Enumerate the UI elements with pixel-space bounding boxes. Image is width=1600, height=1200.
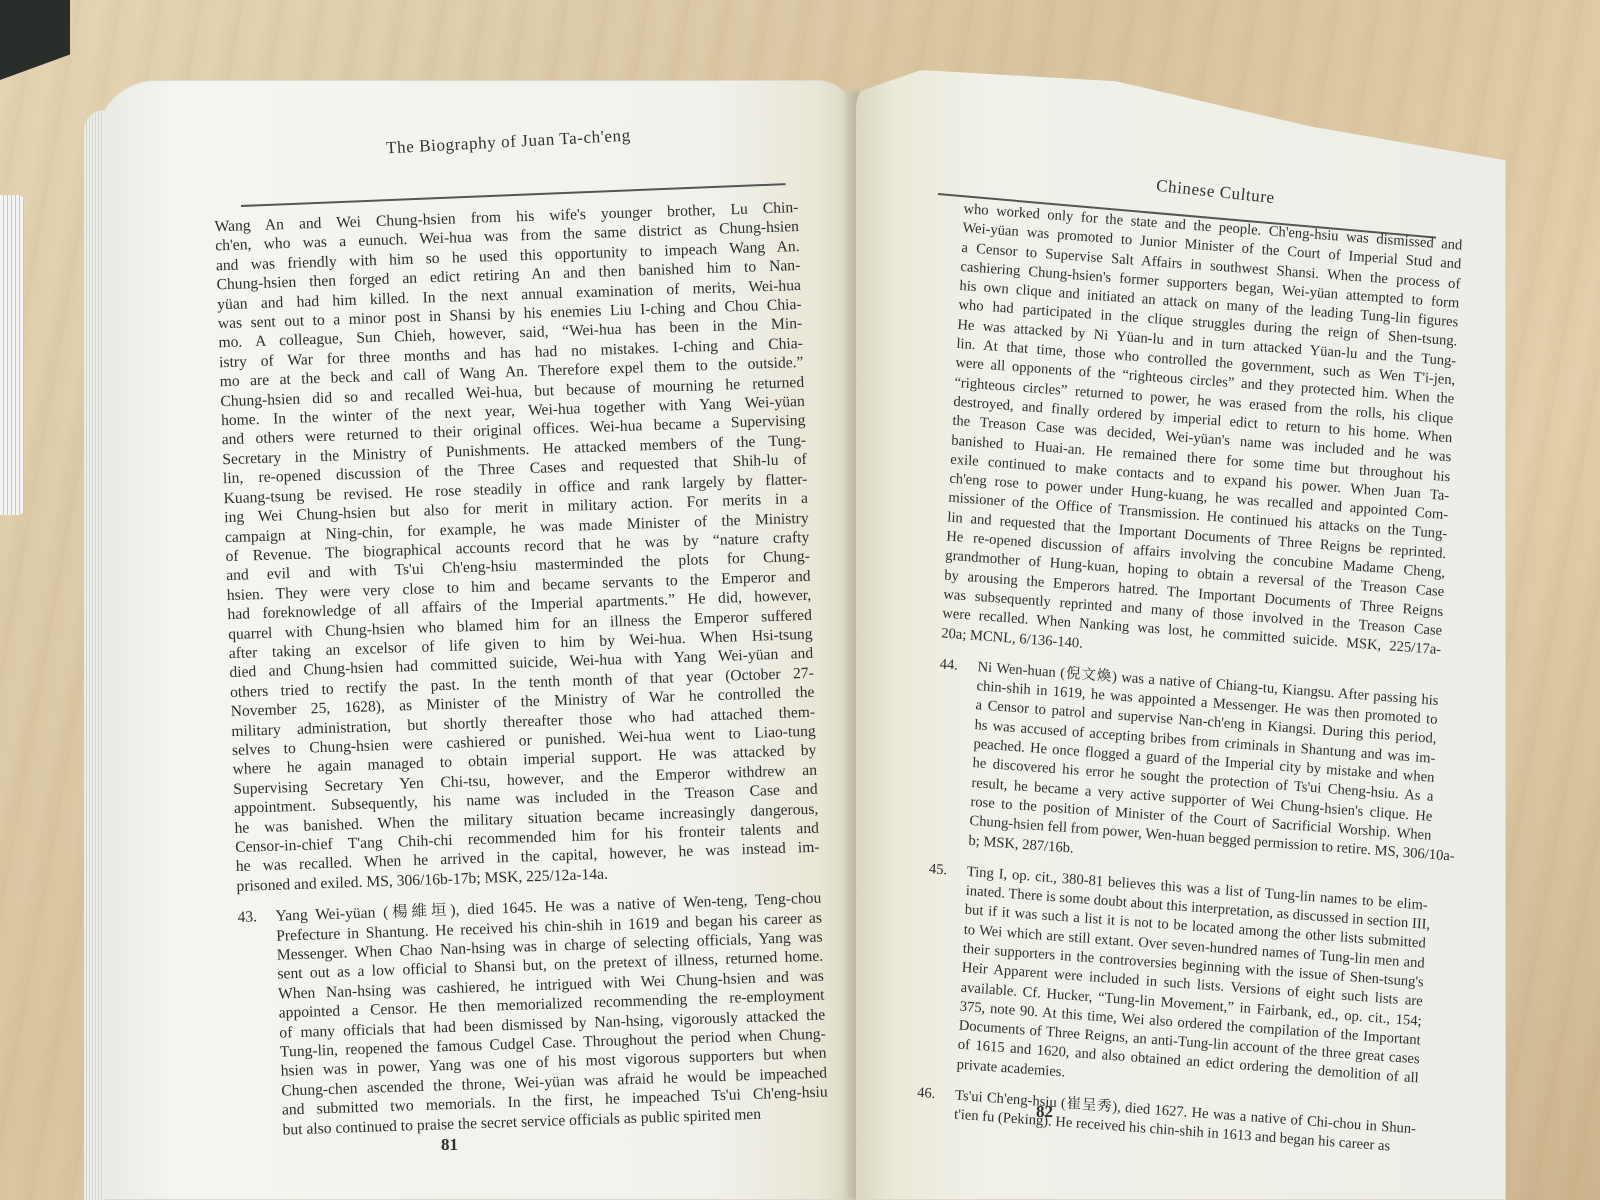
footnote-43: 43. Yang Wei-yüan (楊維垣), died 1645. He w… — [237, 889, 828, 1141]
footnote-text: Yang Wei-yüan (楊維垣), died 1645. He was a… — [275, 889, 828, 1140]
body-paragraph: who worked only for the state and the pe… — [941, 200, 1463, 680]
running-head: The Biography of Juan Ta-ch'eng — [386, 126, 632, 159]
footnote-number: 44. — [939, 655, 958, 676]
footnote-44: 44. Ni Wen-huan (倪文煥) was a native of Ch… — [930, 655, 1439, 884]
footnote-text: Ting I, op. cit., 380-81 believes this w… — [956, 863, 1428, 1109]
footnote-45: 45. Ting I, op. cit., 380-81 believes th… — [918, 860, 1428, 1109]
right-page: Chinese Culture who worked only for the … — [856, 70, 1506, 1200]
footnote-text: Ni Wen-huan (倪文煥) was a native of Chiang… — [968, 658, 1439, 885]
footnote-number: 46. — [917, 1084, 936, 1105]
paper-stack — [0, 195, 24, 515]
footnote-number: 43. — [237, 908, 257, 928]
open-book: The Biography of Juan Ta-ch'eng Wang An … — [96, 40, 1516, 1200]
page-number: 81 — [441, 1135, 458, 1155]
running-head: Chinese Culture — [1155, 176, 1275, 208]
page-number: 82 — [1036, 1102, 1053, 1122]
desk-object — [0, 0, 70, 80]
body-paragraph: Wang An and Wei Chung-hsien from his wif… — [214, 198, 820, 896]
body-text: Wang An and Wei Chung-hsien from his wif… — [214, 198, 828, 1141]
footnote-number: 45. — [928, 860, 947, 881]
left-page: The Biography of Juan Ta-ch'eng Wang An … — [96, 80, 856, 1200]
page-edges — [84, 110, 104, 1200]
body-text: who worked only for the state and the pe… — [916, 200, 1463, 1159]
